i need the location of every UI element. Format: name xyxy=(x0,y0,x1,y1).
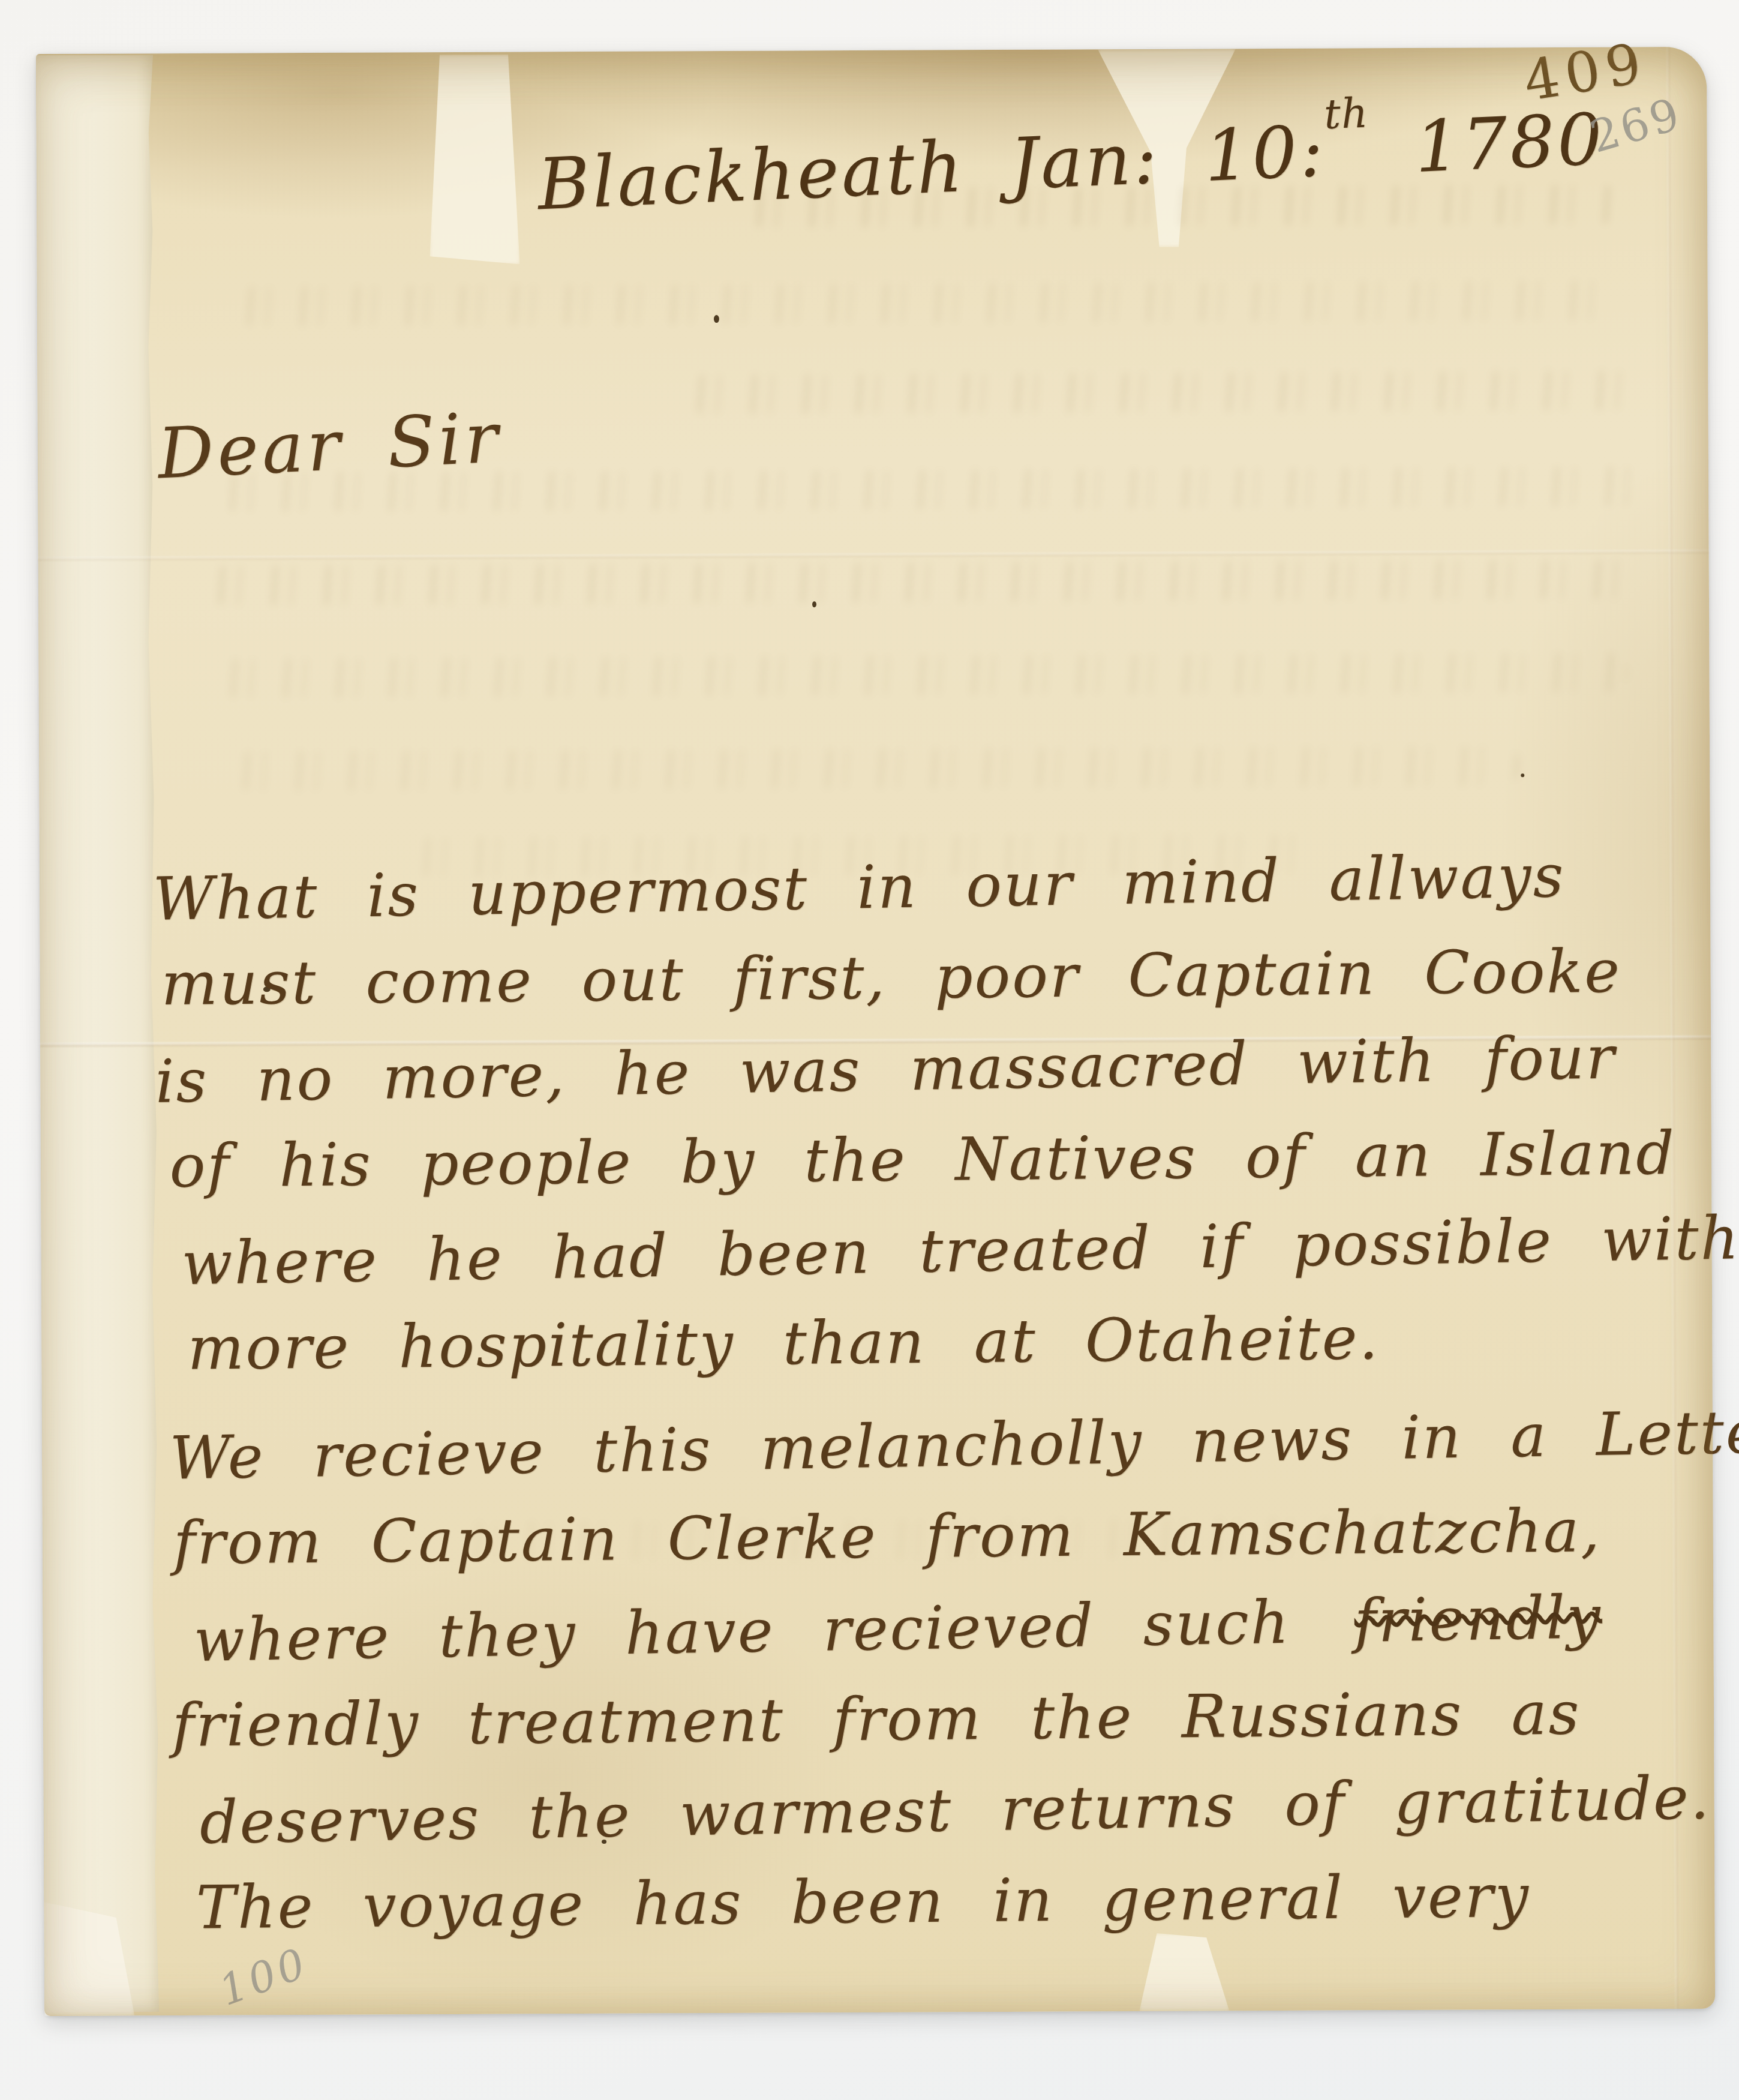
body-line-text: We recieve this melancholly news in a Le… xyxy=(169,1397,1739,1493)
mounting-guard-strip xyxy=(36,55,161,2012)
body-line: The voyage has been in general very xyxy=(196,1849,1739,1954)
letter-body: What is uppermost in our mind allways mu… xyxy=(152,830,1739,1957)
body-line-text: friendly treatment from the Russians as xyxy=(172,1679,1581,1760)
ink-speck xyxy=(812,601,816,607)
body-line-text: What is uppermost in our mind allways xyxy=(152,842,1566,934)
dateline: Blackheath Jan: 10:th 1780 xyxy=(536,97,1606,226)
letter-sheet: Blackheath Jan: 10:th 1780 409 269 Dear … xyxy=(36,47,1715,2016)
body-line-text: of his people by the Natives of an Islan… xyxy=(169,1119,1676,1201)
body-line: more hospitality than at Otaheite. xyxy=(187,1289,1739,1394)
salutation: Dear Sir xyxy=(156,397,503,494)
bleed-through-ghost-writing xyxy=(231,746,1521,790)
body-line-text: The voyage has been in general very xyxy=(196,1862,1530,1942)
body-line-text: is no more, he was massacred with four xyxy=(155,1023,1617,1116)
body-line-text: deserves the warmest returns of gratitud… xyxy=(199,1763,1711,1858)
dateline-place-and-day: Blackheath Jan: 10: xyxy=(536,109,1327,226)
ink-speck xyxy=(714,315,719,323)
bleed-through-ghost-writing xyxy=(218,653,1628,697)
bleed-through-ghost-writing xyxy=(685,371,1645,413)
dateline-year: 1780 xyxy=(1413,97,1606,188)
bleed-through-ghost-writing xyxy=(206,560,1646,604)
bleed-through-ghost-writing xyxy=(235,281,1615,326)
body-line-text: where they have recieved such xyxy=(193,1588,1291,1675)
body-line-text: from Captain Clerke from Kamschatzcha, xyxy=(173,1496,1601,1578)
body-line-text: where he had been treated if possible wi… xyxy=(181,1204,1739,1298)
body-line-text: more hospitality than at Otaheite. xyxy=(187,1304,1380,1383)
struck-out-word: friendly xyxy=(1354,1583,1603,1656)
horizontal-fold-crease xyxy=(38,550,1709,561)
ink-speck xyxy=(1521,773,1524,777)
tape-residue-top-center xyxy=(429,54,520,265)
body-line-text: must come out first, poor Captain Cooke xyxy=(161,937,1621,1019)
dateline-ordinal-suffix: th xyxy=(1323,89,1369,139)
